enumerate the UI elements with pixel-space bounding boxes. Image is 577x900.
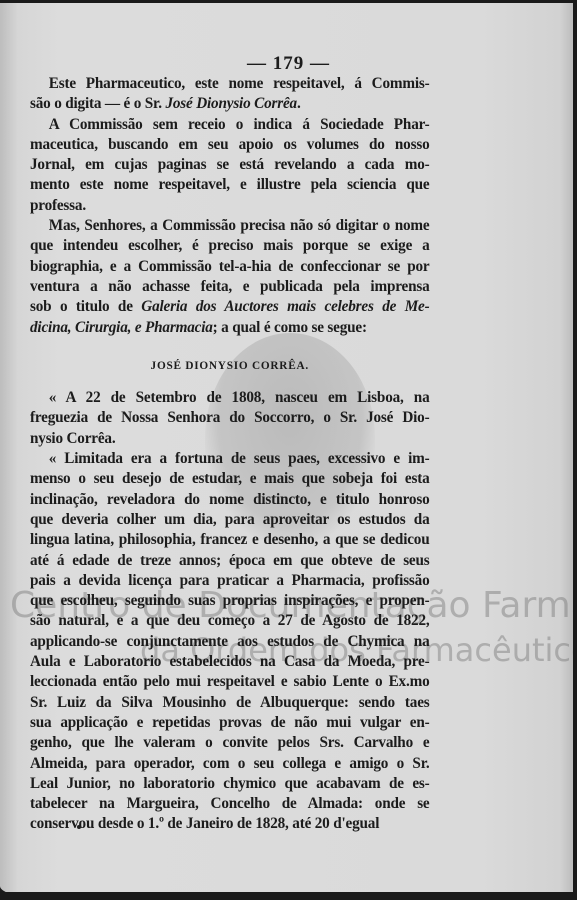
- book-page: Centro de Documentação Farmacêutica da O…: [0, 3, 573, 896]
- text-line: ventura a não achasse feita, e publicada…: [30, 276, 430, 296]
- text-line: nysio Corrêa.: [30, 428, 430, 448]
- text-line: leccionada então pelo mui respeitavel e …: [30, 671, 430, 691]
- text-line: Jornal, em cujas paginas se está revelan…: [30, 154, 430, 174]
- text-line: Almeida, para operador, com o seu colleg…: [30, 753, 430, 773]
- text-line: Mas, Senhores, a Commissão precisa não s…: [30, 215, 430, 235]
- ink-mark: [77, 825, 81, 829]
- text-line: freguezia de Nossa Senhora do Soccorro, …: [30, 407, 430, 427]
- text-line: que escolheu, seguindo suas proprias ins…: [30, 590, 430, 610]
- text-line: mento este nome respeitavel, e illustre …: [30, 174, 430, 194]
- text-line: dicina, Cirurgia, e Pharmacia; a qual é …: [30, 317, 430, 337]
- text-line: são natural, e a que deu começo a 27 de …: [30, 610, 430, 630]
- text-line: conservou desde o 1.º de Janeiro de 1828…: [30, 813, 430, 833]
- page-bottom-shadow: [0, 892, 577, 900]
- text-line: applicando-se conjunctamente aos estudos…: [30, 631, 430, 651]
- text-line: são o digita — é o Sr. José Dionysio Cor…: [30, 93, 430, 113]
- text-line: « A 22 de Setembro de 1808, nasceu em Li…: [30, 387, 430, 407]
- text-line: que intendeu escolher, é preciso mais po…: [30, 235, 430, 255]
- text-line: professa.: [30, 195, 430, 215]
- text-line: maceutica, buscando em seu apoio os volu…: [30, 134, 430, 154]
- text-line: Sr. Luiz da Silva Mousinho de Albuquerqu…: [30, 692, 430, 712]
- text-block-intro: Este Pharmaceutico, este nome respeitave…: [30, 73, 430, 337]
- body-text: Este Pharmaceutico, este nome respeitave…: [30, 73, 430, 834]
- text-line: A Commissão sem receio o indica á Socied…: [30, 114, 430, 134]
- text-line: lingua latina, philosophia, francez e de…: [30, 529, 430, 549]
- text-line: Aula e Laboratorio estabelecidos na Casa…: [30, 651, 430, 671]
- text-line: menso o seu desejo de estudar, e mais qu…: [30, 468, 430, 488]
- text-line: inclinação, reveladora do nome distincto…: [30, 489, 430, 509]
- page-number: — 179 —: [0, 53, 573, 75]
- text-line: « Limitada era a fortuna de seus paes, e…: [30, 448, 430, 468]
- text-line: genho, que lhe valeram o convite pelos S…: [30, 732, 430, 752]
- section-heading: JOSÉ DIONYSIO CORRÊA.: [30, 355, 430, 375]
- text-line: sua applicação e repetidas provas de não…: [30, 712, 430, 732]
- text-block-biography: « A 22 de Setembro de 1808, nasceu em Li…: [30, 387, 430, 834]
- text-line: pais a devida licença para praticar a Ph…: [30, 570, 430, 590]
- text-line: Este Pharmaceutico, este nome respeitave…: [30, 73, 430, 93]
- text-line: que deveria colher um dia, para aproveit…: [30, 509, 430, 529]
- text-line: sob o titulo de Galeria dos Auctores mai…: [30, 296, 430, 316]
- text-line: Leal Junior, no laboratorio chymico que …: [30, 773, 430, 793]
- text-line: até á edade de treze annos; época em que…: [30, 550, 430, 570]
- text-line: biographia, e a Commissão tel-a-hia de c…: [30, 256, 430, 276]
- text-line: tabelecer na Margueira, Concelho de Alma…: [30, 793, 430, 813]
